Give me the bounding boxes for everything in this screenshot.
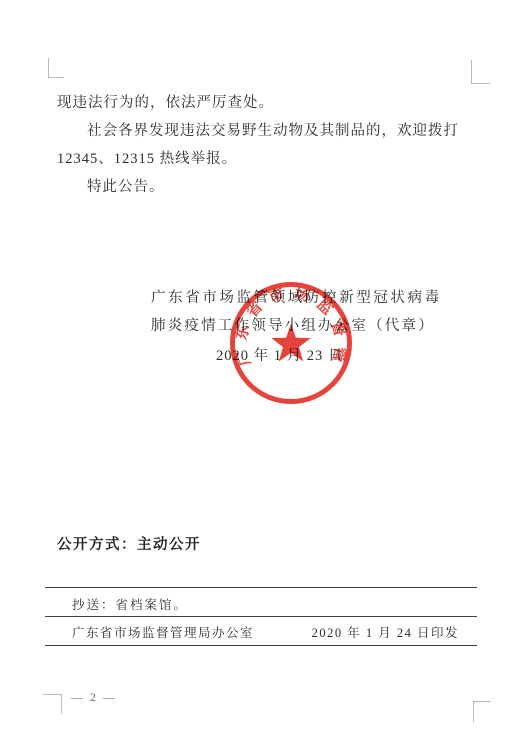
crop-mark-bottom-left bbox=[43, 694, 62, 714]
signature-date: 2020 年 1 月 23 日 bbox=[216, 344, 343, 365]
issuer-row: 广东省市场监督管理局办公室 2020 年 1 月 24 日印发 bbox=[72, 623, 459, 641]
page-number: — 2 — bbox=[71, 690, 117, 705]
issuer-office: 广东省市场监督管理局办公室 bbox=[72, 623, 254, 641]
body-line: 现违法行为的，依法严厉查处。 bbox=[57, 89, 479, 117]
body-line: 12345、12315 热线举报。 bbox=[57, 145, 479, 173]
signature-org-line-2: 肺炎疫情工作领导小组办公室（代章） bbox=[151, 314, 435, 335]
footer-divider bbox=[45, 645, 477, 646]
disclosure-line: 公开方式：主动公开 bbox=[57, 533, 201, 554]
copy-to-line: 抄送：省档案馆。 bbox=[72, 595, 188, 613]
document-page: 现违法行为的，依法严厉查处。 社会各界发现违法交易野生动物及其制品的，欢迎拨打 … bbox=[0, 0, 532, 732]
print-date: 2020 年 1 月 24 日印发 bbox=[312, 623, 459, 641]
crop-mark-top-right bbox=[471, 60, 490, 84]
body-line: 特此公告。 bbox=[57, 173, 479, 201]
body-line: 社会各界发现违法交易野生动物及其制品的，欢迎拨打 bbox=[57, 117, 479, 145]
signature-org-line-1: 广东省市场监管领域防控新型冠状病毒 bbox=[151, 286, 442, 307]
crop-mark-bottom-right bbox=[473, 701, 491, 722]
body-paragraphs: 现违法行为的，依法严厉查处。 社会各界发现违法交易野生动物及其制品的，欢迎拨打 … bbox=[57, 89, 479, 201]
crop-mark-top-left bbox=[48, 58, 64, 78]
footer-divider bbox=[45, 616, 477, 617]
footer-divider bbox=[45, 587, 477, 588]
